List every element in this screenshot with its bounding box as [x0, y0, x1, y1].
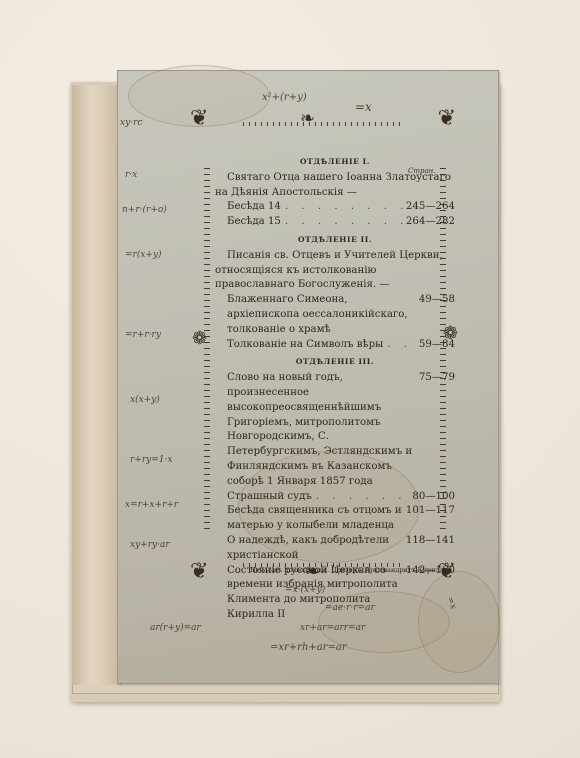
handwritten-note: =ae·r·r=ar: [325, 603, 375, 613]
handwritten-note: =x·(x+y): [285, 585, 325, 595]
entry-pages: 101—117: [404, 504, 455, 519]
top-center-ornament-icon: ❧: [300, 110, 315, 128]
corner-ornament-icon: ❦: [190, 561, 208, 583]
spine-edge: [72, 85, 121, 685]
toc-entry: Страшный судъ . . . . . . . . . . . 80—1…: [215, 490, 455, 505]
censor-approval-line: Печатать позволяется. Цензоръ, Архимандр…: [240, 566, 460, 574]
entry-pages: 59—84: [417, 338, 455, 353]
handwritten-note: =xr+rh+ar=ar: [270, 642, 347, 653]
corner-ornament-icon: ❦: [190, 108, 208, 130]
entry-title: Блаженнаго Симеона, архіепископа оессало…: [215, 293, 417, 337]
toc-entry: Бесѣда священника съ отцомъ и матерью у …: [215, 504, 455, 534]
handwritten-note: xy·rc: [120, 118, 142, 128]
toc-entry: Бесѣда 14 . . . . . . . . . . . . . . . …: [215, 200, 455, 215]
entry-title: Бесѣда 14: [215, 200, 281, 215]
leader-dots: . . . . . . . . . . .: [312, 490, 411, 505]
handwritten-note: n+r·(r+o): [122, 205, 167, 215]
frame-top-border: [240, 122, 400, 126]
side-ornament-icon: ❁: [192, 330, 207, 348]
section-heading: ОТДѢЛЕНІЕ III.: [215, 355, 455, 370]
entry-pages: 245—264: [404, 200, 455, 215]
leader-dots: . . . . . . . . . . . . . . . .: [281, 215, 404, 230]
handwritten-note: r+ry=1·x: [130, 455, 172, 465]
table-of-contents: ОТДѢЛЕНІЕ I. Святаго Отца нашего Іоанна …: [215, 152, 455, 623]
entry-title: Бесѣда священника съ отцомъ и матерью у …: [215, 504, 404, 534]
entry-pages: 118—141: [404, 534, 455, 549]
handwritten-note: =r+r·ry: [125, 330, 161, 340]
handwritten-note: r·x: [125, 170, 137, 180]
leader-dots: . . . . . . . .: [383, 338, 417, 353]
handwritten-note: ar(r+y)=ar: [150, 623, 201, 633]
entry-title: Слово на новый годъ, произнесенное высок…: [215, 371, 417, 489]
entry-title: О надеждѣ, какъ добродѣтели христіанской: [215, 534, 404, 564]
entry-pages: 80—100: [410, 490, 455, 505]
entry-pages: 264—282: [404, 215, 455, 230]
entry-title: Толкованіе на Символъ вѣры: [215, 338, 383, 353]
toc-entry: Толкованіе на Символъ вѣры . . . . . . .…: [215, 338, 455, 353]
section-intro: Писанія св. Отцевъ и Учителей Церкви, от…: [215, 249, 455, 293]
section-intro: Святаго Отца нашего Іоанна Златоустаго н…: [215, 171, 455, 201]
handwritten-note: =r(x+y): [125, 250, 162, 260]
handwritten-note: x=r+x+r+r: [125, 500, 178, 510]
toc-entry: Бесѣда 15 . . . . . . . . . . . . . . . …: [215, 215, 455, 230]
leader-dots: . . . . . . . . . . . . . . . .: [281, 200, 404, 215]
handwritten-note: =x: [355, 100, 372, 114]
handwritten-note: x(x+y): [130, 395, 160, 405]
corner-ornament-icon: ❦: [438, 108, 456, 130]
handwritten-note: xr+ar=arr=ar: [300, 623, 365, 633]
toc-entry: О надеждѣ, какъ добродѣтели христіанской…: [215, 534, 455, 564]
section-heading: ОТДѢЛЕНІЕ II.: [215, 233, 455, 248]
toc-entry: Слово на новый годъ, произнесенное высок…: [215, 371, 455, 489]
section-heading: ОТДѢЛЕНІЕ I.: [215, 155, 455, 170]
entry-pages: 49—58: [417, 293, 455, 308]
handwritten-note: xy+ry·ar: [130, 540, 170, 550]
entry-title: Бесѣда 15: [215, 215, 281, 230]
entry-pages: 75—79: [417, 371, 455, 386]
handwritten-note: x²+(r+y): [262, 92, 307, 103]
toc-entry: Блаженнаго Симеона, архіепископа оессало…: [215, 293, 455, 337]
entry-title: Страшный судъ: [215, 490, 312, 505]
